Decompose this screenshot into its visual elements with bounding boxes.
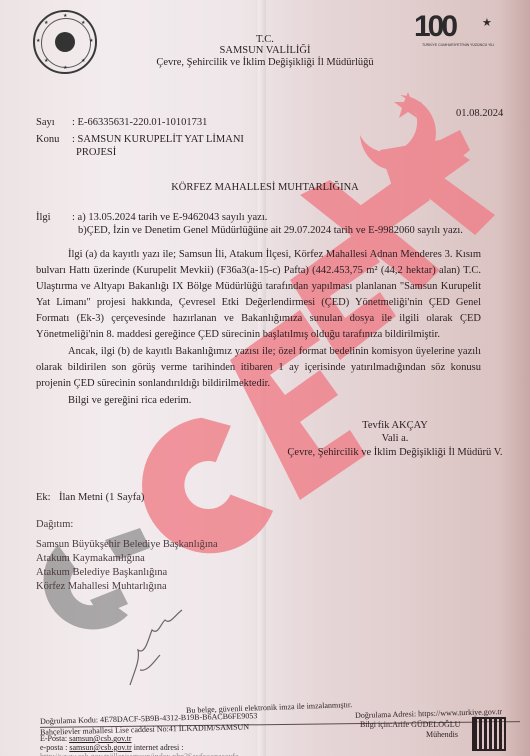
signer-role: Vali a. [270,432,520,445]
ilgi-b: b)ÇED, İzin ve Denetim Genel Müdürlüğüne… [78,224,463,237]
konu-value-line1: : SAMSUN KURUPELİT YAT LİMANI [72,133,244,146]
handwritten-signature [120,600,190,690]
body-paragraph-2: Ancak, ilgi (b) de kayıtlı Bakanlığımız … [36,344,481,392]
addressee: KÖRFEZ MAHALLESİ MUHTARLIĞINA [0,181,530,194]
attachment-value: İlan Metni (1 Sayfa) [59,491,144,504]
ilgi-label: İlgi [36,211,51,224]
document-page: ★ ★ ★ ★ ★ ★ ★ ★ 100 ★ TÜRKİYE CUMHURİYET… [0,0,530,756]
ilgi-a: : a) 13.05.2024 tarih ve E-9462043 sayıl… [72,211,267,224]
header-mudurluk: Çevre, Şehircilik ve İklim Değişikliği İ… [0,56,530,69]
konu-value-line2: PROJESİ [76,146,116,159]
qr-code-icon [472,717,506,751]
signer-title: Çevre, Şehircilik ve İklim Değişikliği İ… [270,446,520,459]
paper-shadow [500,0,530,756]
distribution-item: Atakum Belediye Başkanlığına [36,566,167,579]
star-icon: ★ [482,16,492,29]
signer-name: Tevfik AKÇAY [270,419,520,432]
document-date: 01.08.2024 [456,107,503,120]
internet-url[interactable]: http://www.csb.gov.tr/iller/samsun/index… [40,750,239,756]
body-paragraph-1: İlgi (a) da kayıtlı yazı ile; Samsun İli… [36,247,481,343]
distribution-label: Dağıtım: [36,518,73,531]
distribution-item: Atakum Kaymakamlığına [36,552,145,565]
sayi-label: Sayı [36,116,55,129]
sayi-value: : E-66335631-220.01-10101731 [72,116,207,129]
attachment-label: Ek: [36,491,51,504]
distribution-item: Körfez Mahallesi Muhtarlığına [36,580,167,593]
konu-label: Konu [36,133,59,146]
contact-role: Mühendis [426,728,458,741]
closing-line: Bilgi ve gereğini rica ederim. [68,394,191,407]
distribution-item: Samsun Büyükşehir Belediye Başkanlığına [36,538,218,551]
